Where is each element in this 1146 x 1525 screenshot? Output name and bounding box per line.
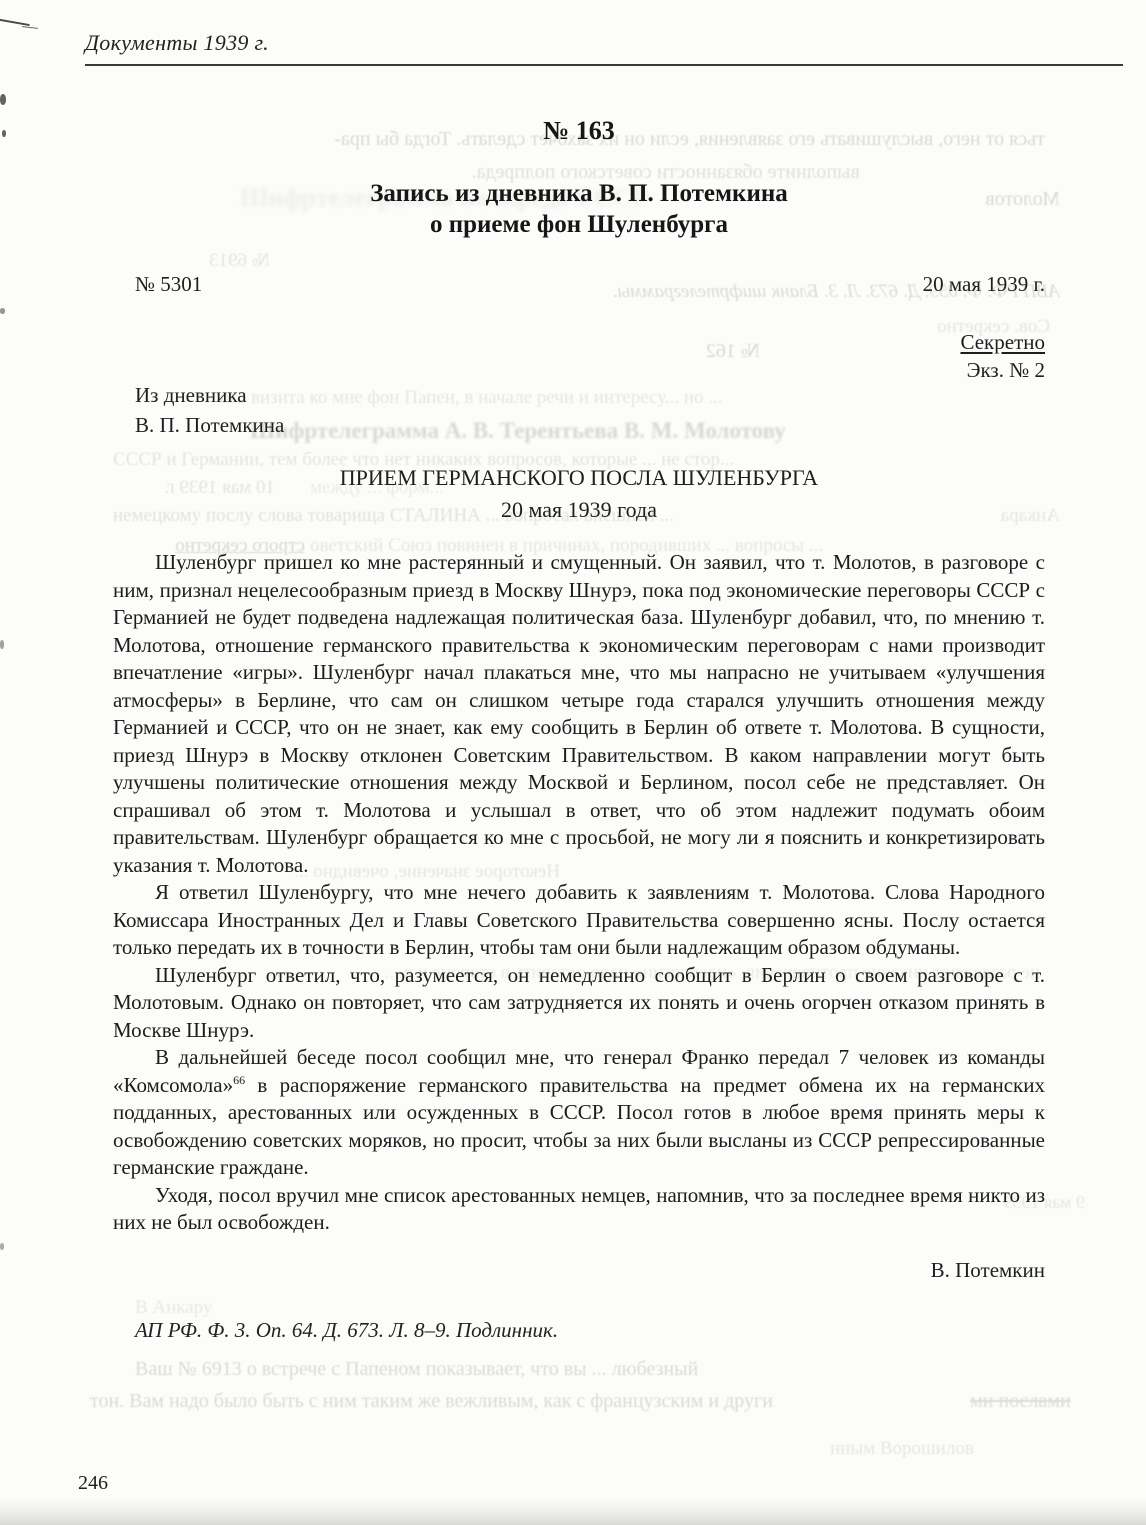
scanned-document-page: ться от него, выслушивать его заявления,… bbox=[0, 0, 1146, 1525]
doc-title-line1: Запись из дневника В. П. Потемкина bbox=[113, 178, 1045, 209]
ghost-text: № 6913 bbox=[150, 250, 270, 272]
archive-reference: АП РФ. Ф. 3. Оп. 64. Д. 673. Л. 8–9. Под… bbox=[135, 1318, 558, 1343]
scan-scratch-artifact bbox=[0, 18, 30, 26]
body-paragraph-1: Шуленбург пришел ко мне растерянный и см… bbox=[113, 549, 1045, 879]
doc-subheading-line1: ПРИЕМ ГЕРМАНСКОГО ПОСЛА ШУЛЕНБУРГА bbox=[113, 462, 1045, 494]
diary-source: Из дневника В. П. Потемкина bbox=[135, 380, 284, 440]
classification-label: Секретно bbox=[113, 330, 1045, 355]
doc-title-line2: о приеме фон Шуленбурга bbox=[113, 209, 1045, 240]
header-rule-divider bbox=[85, 64, 1123, 66]
ghost-text: Ваш № 6913 о встрече с Папеном показывае… bbox=[135, 1358, 1055, 1381]
scan-speck-artifact bbox=[0, 1243, 4, 1250]
document-body: Шуленбург пришел ко мне растерянный и см… bbox=[113, 549, 1045, 1237]
ghost-text: ого визита ко мне фон Папен, в начале ре… bbox=[220, 387, 1050, 409]
scan-speck-artifact bbox=[0, 640, 4, 649]
diary-source-line2: В. П. Потемкина bbox=[135, 410, 284, 440]
scan-speck-artifact bbox=[2, 130, 6, 137]
ghost-text: Шифртелеграмма А. В. Терентьева В. М. Мо… bbox=[250, 418, 970, 444]
footnote-ref-66: 66 bbox=[233, 1073, 245, 1087]
body-paragraph-5: Уходя, посол вручил мне список арестован… bbox=[113, 1182, 1045, 1237]
ghost-text: тон. Вам надо было быть с ним таким же в… bbox=[90, 1390, 970, 1413]
ghost-text: В Анкару bbox=[135, 1297, 335, 1319]
doc-date: 20 мая 1939 г. bbox=[113, 272, 1045, 297]
body-paragraph-3: Шуленбург ответил, что, разумеется, он н… bbox=[113, 962, 1045, 1045]
body-paragraph-4-continuation: в распоряжение германского правительства… bbox=[113, 1073, 1045, 1180]
scan-speck-artifact bbox=[0, 308, 5, 314]
running-header: Документы 1939 г. bbox=[85, 30, 269, 56]
scan-scratch-artifact bbox=[22, 26, 38, 29]
ghost-text: нным Ворошилов bbox=[830, 1438, 1080, 1460]
doc-subheading: ПРИЕМ ГЕРМАНСКОГО ПОСЛА ШУЛЕНБУРГА 20 ма… bbox=[113, 462, 1045, 526]
scan-bottom-edge-shadow bbox=[0, 1497, 1146, 1525]
doc-title: Запись из дневника В. П. Потемкина о при… bbox=[113, 178, 1045, 240]
scan-speck-artifact bbox=[0, 94, 6, 105]
doc-number-heading: № 163 bbox=[113, 116, 1045, 146]
signature: В. Потемкин bbox=[113, 1258, 1045, 1283]
body-paragraph-2: Я ответил Шуленбургу, что мне нечего доб… bbox=[113, 879, 1045, 962]
body-paragraph-4: В дальнейшей беседе посол сообщил мне, ч… bbox=[113, 1044, 1045, 1182]
diary-source-line1: Из дневника bbox=[135, 380, 284, 410]
doc-subheading-line2: 20 мая 1939 года bbox=[113, 494, 1045, 526]
ghost-text: ми послами bbox=[970, 1390, 1120, 1413]
page-number: 246 bbox=[78, 1472, 108, 1495]
